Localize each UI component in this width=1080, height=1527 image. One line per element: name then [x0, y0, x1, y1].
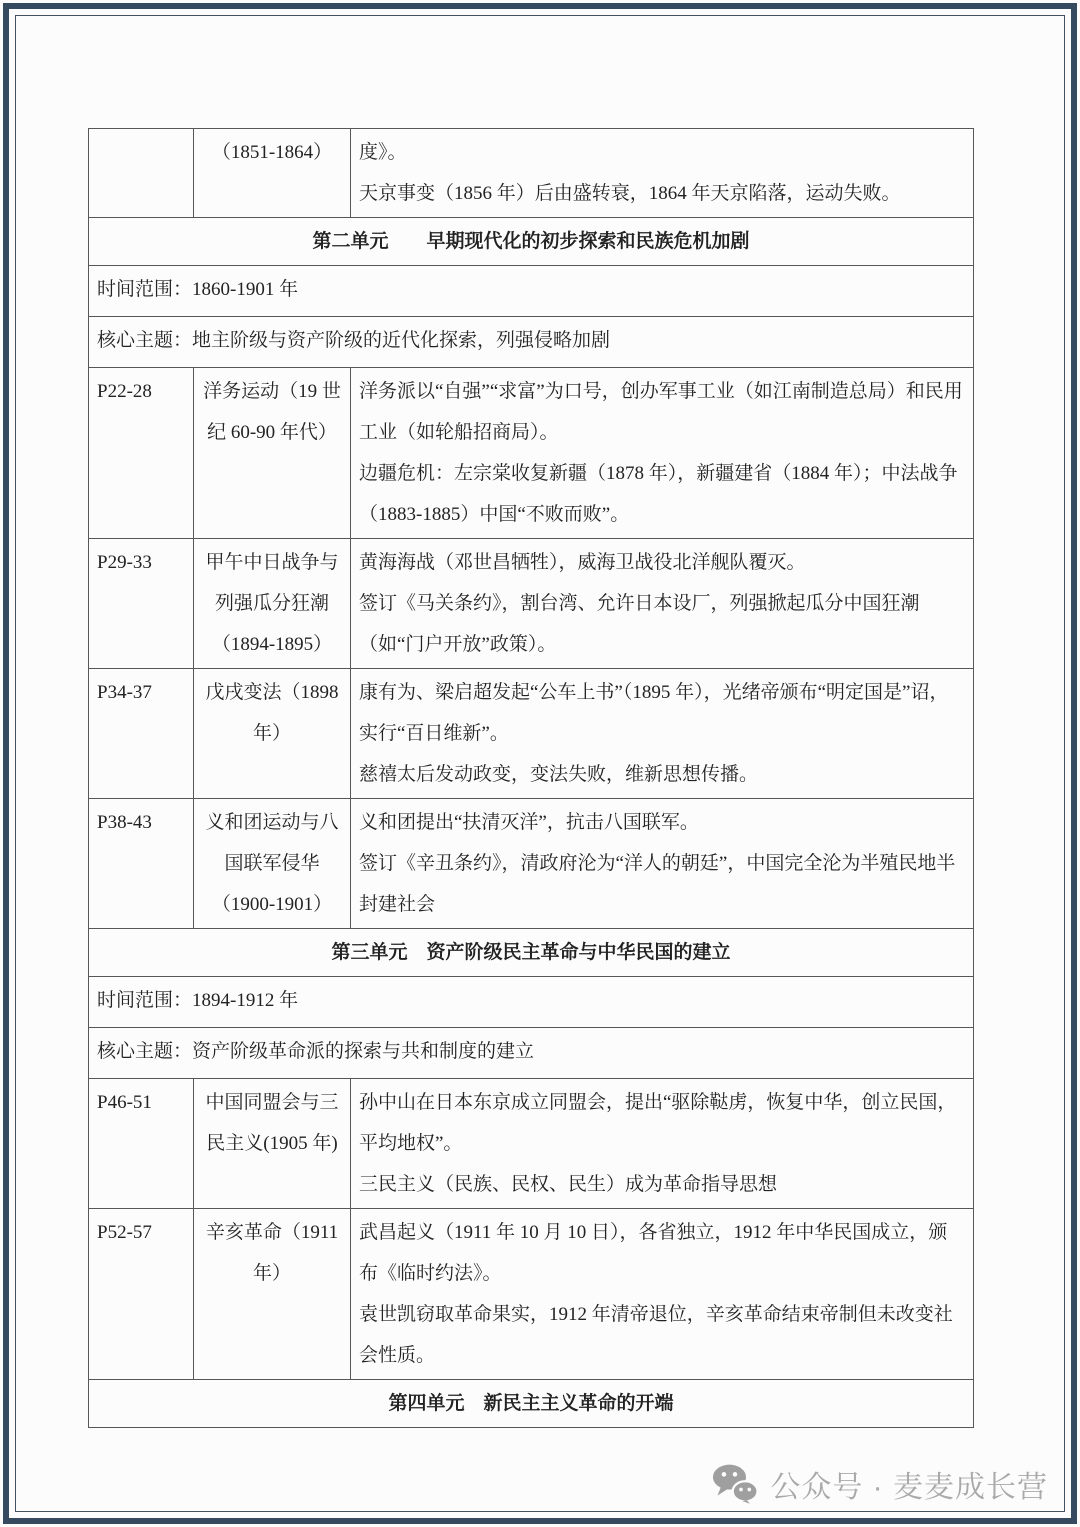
details-cell: 义和团提出“扶清灭洋”，抗击八国联军。签订《辛丑条约》，清政府沦为“洋人的朝廷”… — [351, 799, 974, 929]
detail-paragraph: 度》。 — [359, 132, 965, 173]
page-range-cell: P38-43 — [89, 799, 194, 929]
meta-cell: 时间范围：1860-1901 年 — [89, 266, 974, 317]
detail-paragraph: 边疆危机：左宗棠收复新疆（1878 年），新疆建省（1884 年）；中法战争（1… — [359, 453, 965, 535]
meta-cell: 核心主题：地主阶级与资产阶级的近代化探索，列强侵略加剧 — [89, 317, 974, 368]
history-outline-table: （1851-1864）度》。天京事变（1856 年）后由盛转衰，1864 年天京… — [88, 128, 974, 1428]
detail-paragraph: 义和团提出“扶清灭洋”，抗击八国联军。 — [359, 802, 965, 843]
document-page: （1851-1864）度》。天京事变（1856 年）后由盛转衰，1864 年天京… — [0, 0, 1080, 1527]
details-cell: 度》。天京事变（1856 年）后由盛转衰，1864 年天京陷落，运动失败。 — [351, 129, 974, 218]
meta-cell: 时间范围：1894-1912 年 — [89, 977, 974, 1028]
table-row: 第四单元 新民主主义革命的开端 — [89, 1380, 974, 1428]
details-cell: 孙中山在日本东京成立同盟会，提出“驱除鞑虏，恢复中华，创立民国，平均地权”。三民… — [351, 1079, 974, 1209]
watermark-text: 公众号 · 麦麦成长营 — [770, 1462, 1048, 1506]
unit-header-cell: 第二单元 早期现代化的初步探索和民族危机加剧 — [89, 218, 974, 266]
page-range-cell: P29-33 — [89, 539, 194, 669]
page-range-cell: P52-57 — [89, 1209, 194, 1380]
topic-cell: 甲午中日战争与列强瓜分狂潮（1894-1895） — [194, 539, 351, 669]
table-row: 核心主题：资产阶级革命派的探索与共和制度的建立 — [89, 1028, 974, 1079]
detail-paragraph: 慈禧太后发动政变，变法失败，维新思想传播。 — [359, 754, 965, 795]
topic-cell: 义和团运动与八国联军侵华（1900-1901） — [194, 799, 351, 929]
table-row: P52-57辛亥革命（1911 年）武昌起义（1911 年 10 月 10 日）… — [89, 1209, 974, 1380]
detail-paragraph: 武昌起义（1911 年 10 月 10 日），各省独立，1912 年中华民国成立… — [359, 1212, 965, 1294]
detail-paragraph: 洋务派以“自强”“求富”为口号，创办军事工业（如江南制造总局）和民用工业（如轮船… — [359, 371, 965, 453]
detail-paragraph: 天京事变（1856 年）后由盛转衰，1864 年天京陷落，运动失败。 — [359, 173, 965, 214]
table-row: （1851-1864）度》。天京事变（1856 年）后由盛转衰，1864 年天京… — [89, 129, 974, 218]
page-range-cell: P34-37 — [89, 669, 194, 799]
page-range-cell: P22-28 — [89, 368, 194, 539]
table-row: P38-43义和团运动与八国联军侵华（1900-1901）义和团提出“扶清灭洋”… — [89, 799, 974, 929]
detail-paragraph: 签订《马关条约》，割台湾、允许日本设厂，列强掀起瓜分中国狂潮（如“门户开放”政策… — [359, 583, 965, 665]
detail-paragraph: 康有为、梁启超发起“公车上书”（1895 年），光绪帝颁布“明定国是”诏，实行“… — [359, 672, 965, 754]
detail-paragraph: 孙中山在日本东京成立同盟会，提出“驱除鞑虏，恢复中华，创立民国，平均地权”。 — [359, 1082, 965, 1164]
table-row: P46-51中国同盟会与三民主义(1905 年)孙中山在日本东京成立同盟会，提出… — [89, 1079, 974, 1209]
table-row: 时间范围：1894-1912 年 — [89, 977, 974, 1028]
meta-cell: 核心主题：资产阶级革命派的探索与共和制度的建立 — [89, 1028, 974, 1079]
page-range-cell: P46-51 — [89, 1079, 194, 1209]
details-cell: 康有为、梁启超发起“公车上书”（1895 年），光绪帝颁布“明定国是”诏，实行“… — [351, 669, 974, 799]
wechat-icon — [712, 1464, 758, 1504]
topic-cell: （1851-1864） — [194, 129, 351, 218]
topic-cell: 戊戌变法（1898 年） — [194, 669, 351, 799]
details-cell: 黄海海战（邓世昌牺牲），威海卫战役北洋舰队覆灭。签订《马关条约》，割台湾、允许日… — [351, 539, 974, 669]
topic-cell: 辛亥革命（1911 年） — [194, 1209, 351, 1380]
history-outline-table-body: （1851-1864）度》。天京事变（1856 年）后由盛转衰，1864 年天京… — [89, 129, 974, 1428]
topic-cell: 中国同盟会与三民主义(1905 年) — [194, 1079, 351, 1209]
watermark: 公众号 · 麦麦成长营 — [712, 1462, 1048, 1506]
details-cell: 武昌起义（1911 年 10 月 10 日），各省独立，1912 年中华民国成立… — [351, 1209, 974, 1380]
page-range-cell — [89, 129, 194, 218]
detail-paragraph: 黄海海战（邓世昌牺牲），威海卫战役北洋舰队覆灭。 — [359, 542, 965, 583]
table-row: 核心主题：地主阶级与资产阶级的近代化探索，列强侵略加剧 — [89, 317, 974, 368]
detail-paragraph: 三民主义（民族、民权、民生）成为革命指导思想 — [359, 1164, 965, 1205]
table-row: P29-33甲午中日战争与列强瓜分狂潮（1894-1895）黄海海战（邓世昌牺牲… — [89, 539, 974, 669]
detail-paragraph: 签订《辛丑条约》，清政府沦为“洋人的朝廷”，中国完全沦为半殖民地半封建社会 — [359, 843, 965, 925]
details-cell: 洋务派以“自强”“求富”为口号，创办军事工业（如江南制造总局）和民用工业（如轮船… — [351, 368, 974, 539]
detail-paragraph: 袁世凯窃取革命果实，1912 年清帝退位，辛亥革命结束帝制但未改变社会性质。 — [359, 1294, 965, 1376]
table-row: 第二单元 早期现代化的初步探索和民族危机加剧 — [89, 218, 974, 266]
table-row: 时间范围：1860-1901 年 — [89, 266, 974, 317]
topic-cell: 洋务运动（19 世纪 60-90 年代） — [194, 368, 351, 539]
unit-header-cell: 第三单元 资产阶级民主革命与中华民国的建立 — [89, 929, 974, 977]
unit-header-cell: 第四单元 新民主主义革命的开端 — [89, 1380, 974, 1428]
table-row: P22-28洋务运动（19 世纪 60-90 年代）洋务派以“自强”“求富”为口… — [89, 368, 974, 539]
table-row: 第三单元 资产阶级民主革命与中华民国的建立 — [89, 929, 974, 977]
table-row: P34-37戊戌变法（1898 年）康有为、梁启超发起“公车上书”（1895 年… — [89, 669, 974, 799]
